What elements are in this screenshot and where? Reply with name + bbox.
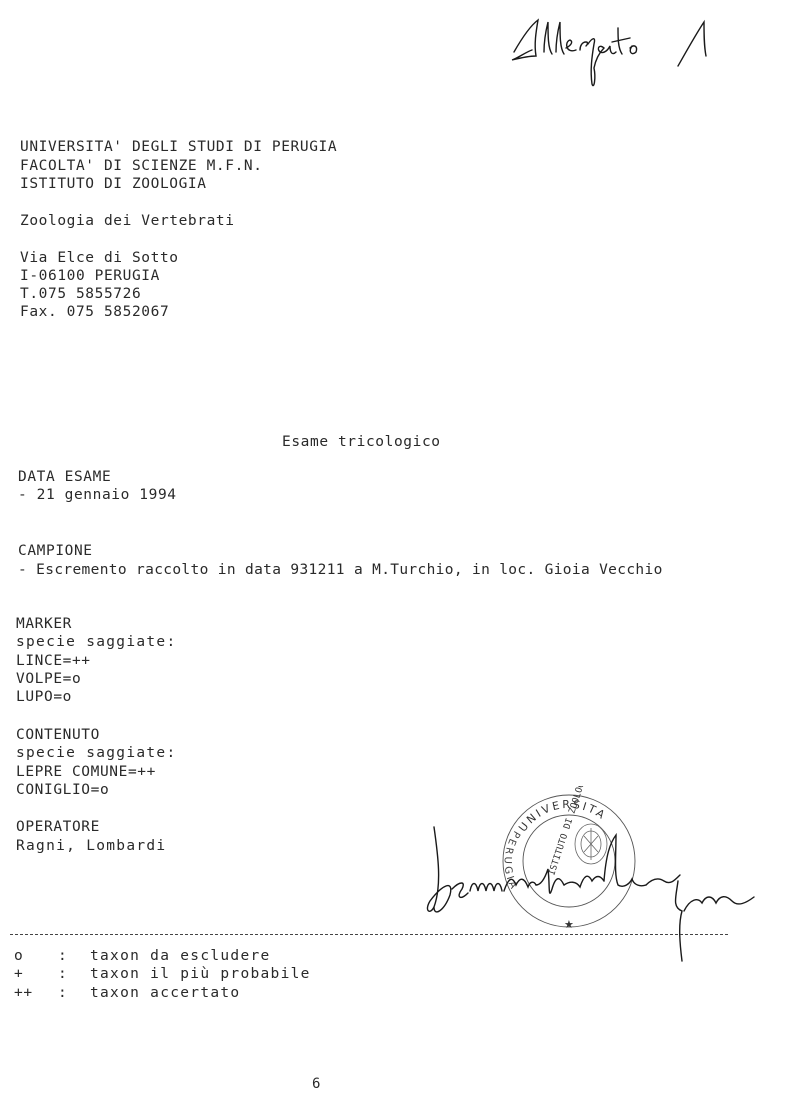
content-item: CONIGLIO=o [16, 781, 109, 800]
sample-label: CAMPIONE [18, 542, 93, 561]
address-line: Via Elce di Sotto [20, 249, 179, 268]
marker-item: VOLPE=o [16, 670, 81, 689]
institution-line: ISTITUTO DI ZOOLOGIA [20, 175, 207, 194]
signature [420, 815, 790, 965]
legend-meaning: taxon accertato [90, 984, 240, 1003]
institution-line: UNIVERSITA' DEGLI STUDI DI PERUGIA [20, 138, 337, 157]
page-number: 6 [312, 1075, 321, 1094]
address-line: I-06100 PERUGIA [20, 267, 160, 286]
document-title: Esame tricologico [282, 433, 441, 452]
legend-separator: : [58, 984, 67, 1003]
department: Zoologia dei Vertebrati [20, 212, 235, 231]
legend-symbol: + [14, 965, 23, 984]
legend-separator: : [58, 965, 67, 984]
address-line: T.075 5855726 [20, 285, 141, 304]
sample-value: - Escremento raccolto in data 931211 a M… [18, 561, 663, 580]
address-line: Fax. 075 5852067 [20, 303, 169, 322]
operator-value: Ragni, Lombardi [16, 837, 166, 856]
marker-sublabel: specie saggiate: [16, 633, 176, 652]
institution-line: FACOLTA' DI SCIENZE M.F.N. [20, 157, 263, 176]
legend-symbol: o [14, 947, 23, 966]
content-sublabel: specie saggiate: [16, 744, 176, 763]
legend-separator: : [58, 947, 67, 966]
marker-item: LUPO=o [16, 688, 72, 707]
marker-item: LINCE=++ [16, 652, 91, 671]
separator-line [10, 934, 728, 935]
exam-date-label: DATA ESAME [18, 468, 111, 487]
legend-meaning: taxon il più probabile [90, 965, 311, 984]
legend-meaning: taxon da escludere [90, 947, 271, 966]
content-label: CONTENUTO [16, 726, 100, 745]
content-item: LEPRE COMUNE=++ [16, 763, 156, 782]
exam-date-value: - 21 gennaio 1994 [18, 486, 177, 505]
marker-label: MARKER [16, 615, 72, 634]
handwritten-annotation: Allegato 1 [500, 8, 740, 98]
operator-label: OPERATORE [16, 818, 100, 837]
legend-symbol: ++ [14, 984, 33, 1003]
